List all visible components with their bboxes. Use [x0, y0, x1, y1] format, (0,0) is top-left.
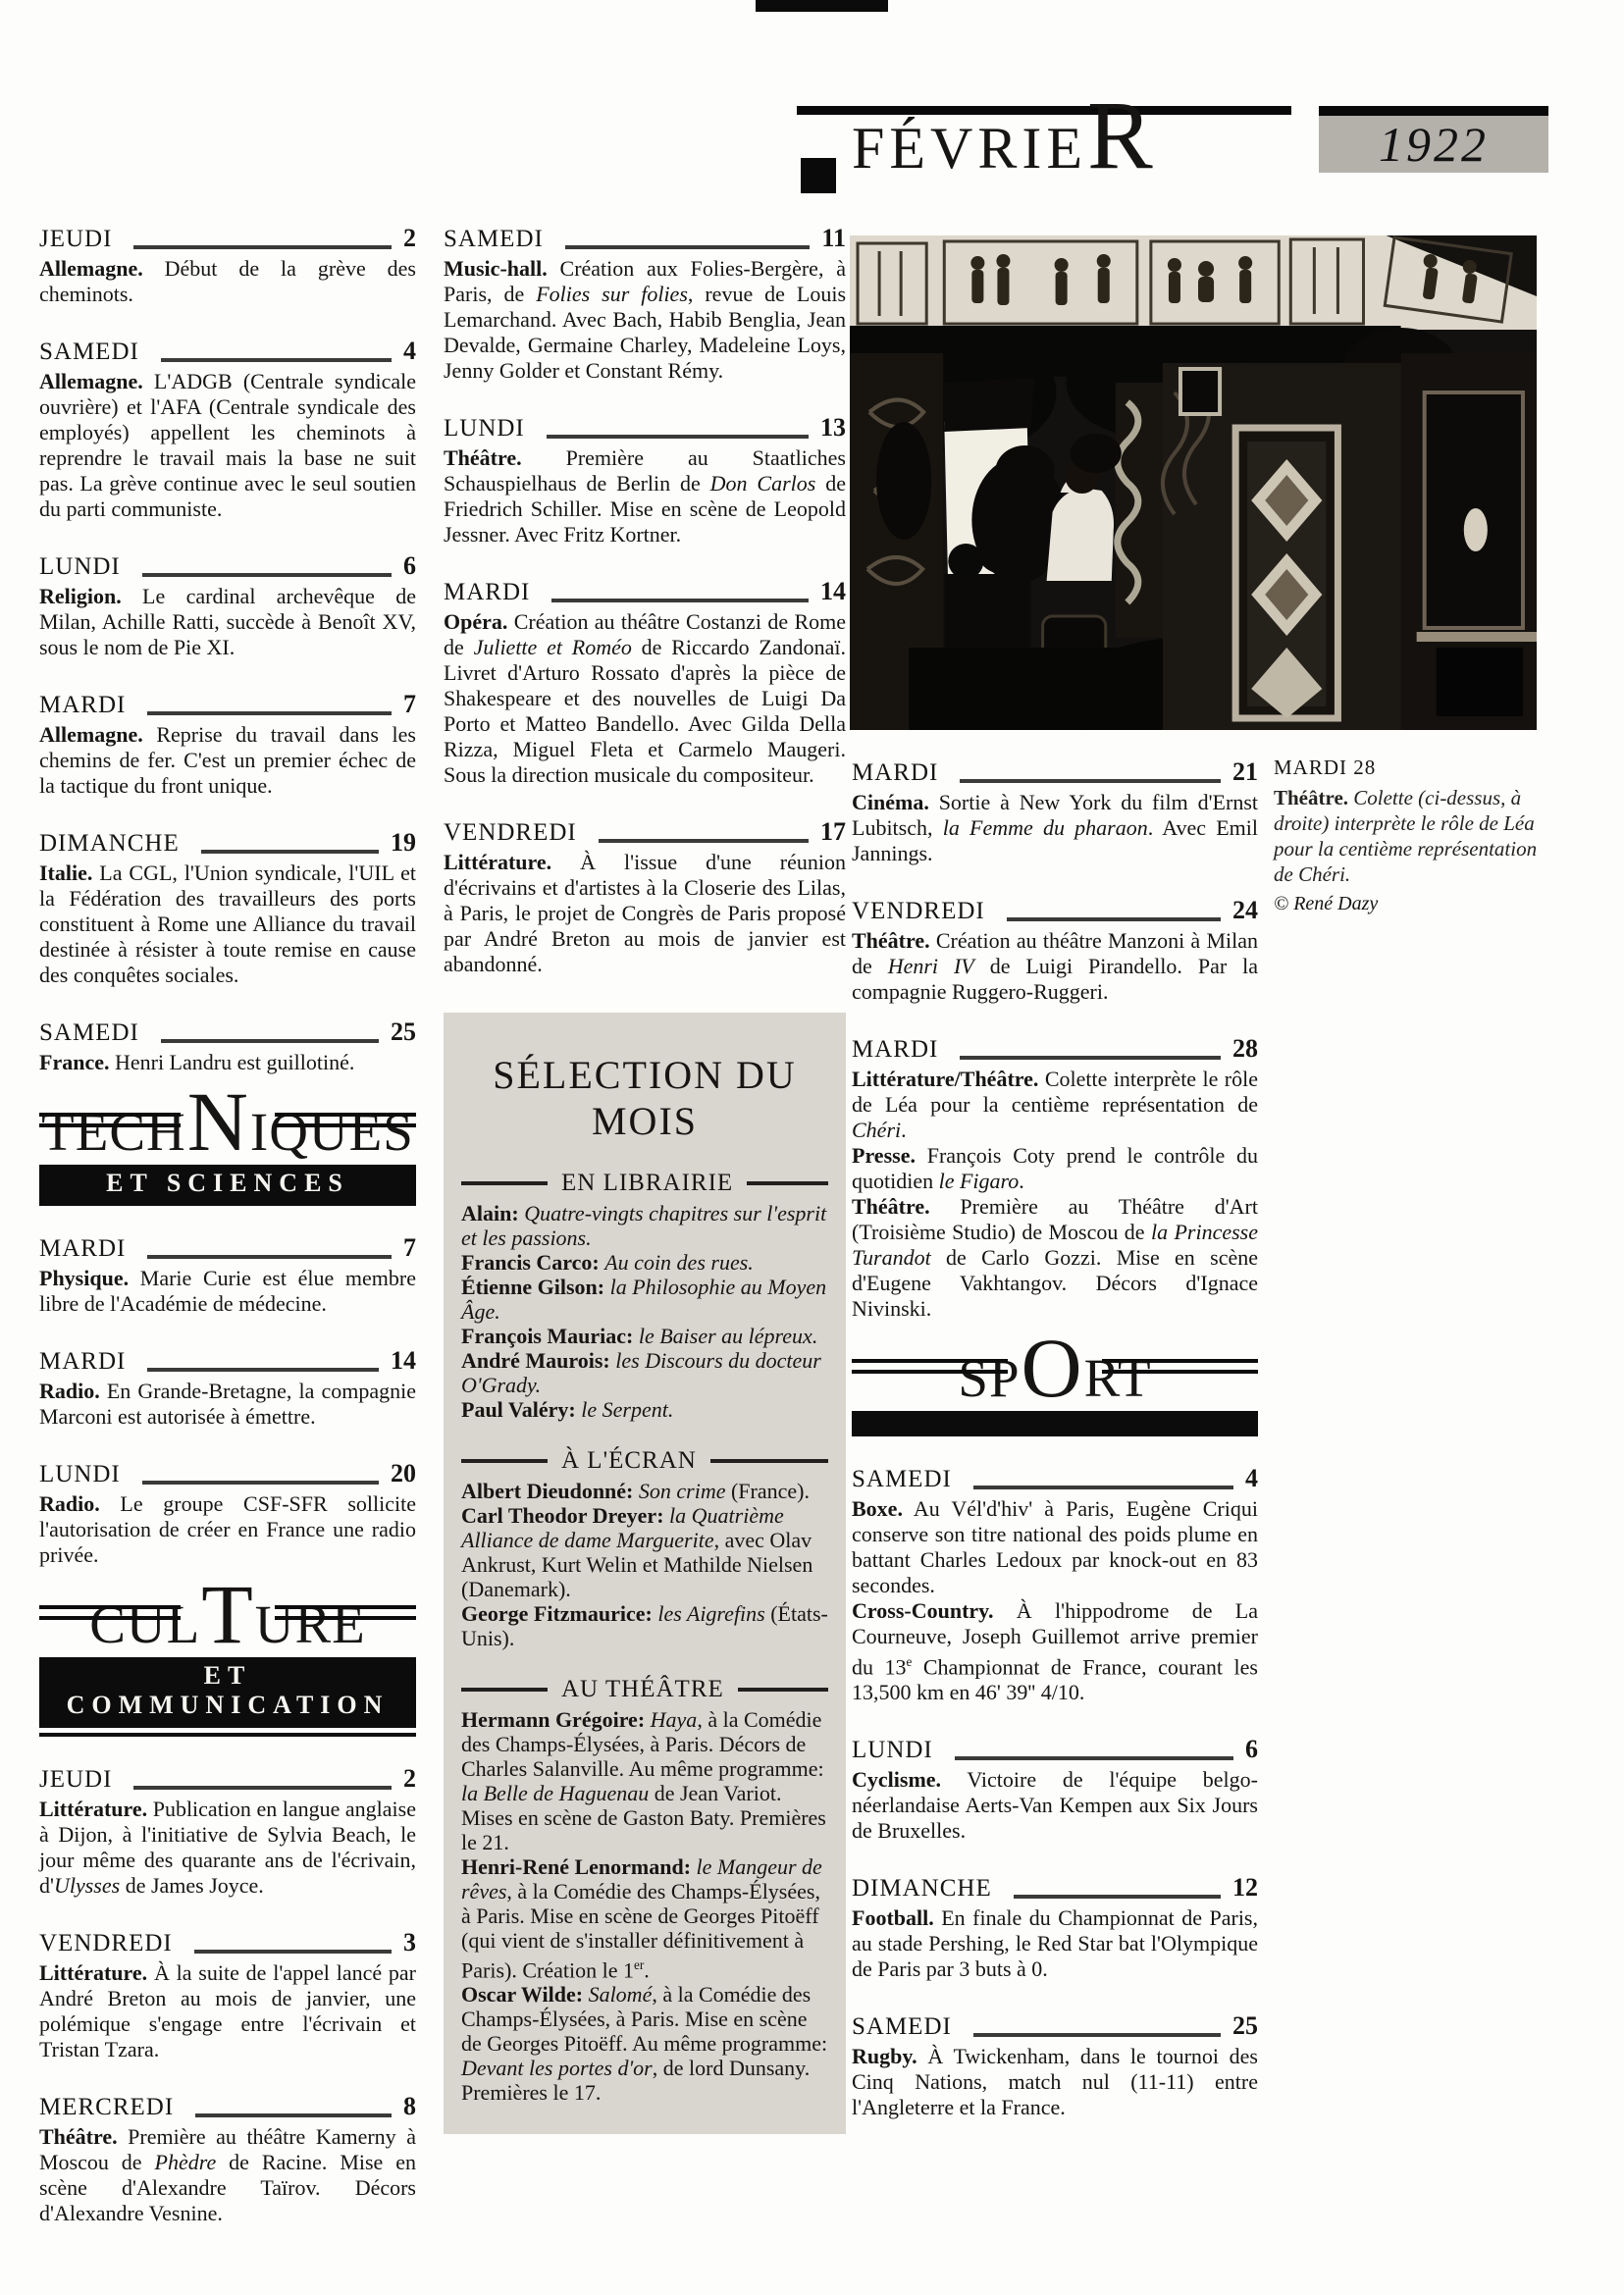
month-banner: FÉVRIE R	[797, 106, 1291, 203]
event-header: DIMANCHE19	[39, 828, 416, 858]
event-header: DIMANCHE12	[852, 1873, 1258, 1903]
event-body: Religion. Le cardinal archevêque de Mila…	[39, 584, 416, 660]
event-day: MARDI	[852, 759, 938, 787]
event-body: Music-hall. Création aux Folies-Bergère,…	[444, 256, 846, 384]
event-body: Physique. Marie Curie est élue membre li…	[39, 1266, 416, 1317]
event-body: Cyclisme. Victoire de l'équipe belgo-née…	[852, 1767, 1258, 1844]
event-entry: MARDI14Radio. En Grande-Bretagne, la com…	[39, 1346, 416, 1430]
section-header-et-communication: CULTUREET COMMUNICATION	[39, 1597, 416, 1737]
event-rule-line	[133, 1786, 392, 1790]
event-body: Théâtre. Création au théâtre Manzoni à M…	[852, 928, 1258, 1005]
event-rule-line	[1014, 1895, 1221, 1899]
event-body: Littérature. À la suite de l'appel lancé…	[39, 1960, 416, 2062]
subsection-rule-right	[747, 1181, 828, 1185]
event-day-number: 3	[403, 1928, 416, 1957]
event-rule-line	[161, 358, 392, 362]
subsection-rule-right	[738, 1688, 828, 1692]
event-entry: LUNDI20Radio. Le groupe CSF-SFR sollicit…	[39, 1459, 416, 1568]
event-header: MARDI14	[444, 577, 846, 606]
caption-credit: © René Dazy	[1274, 893, 1548, 915]
event-header: SAMEDI25	[39, 1017, 416, 1047]
selection-item: George Fitzmaurice: les Aigrefins (États…	[461, 1601, 828, 1650]
event-entry: JEUDI2Littérature. Publication en langue…	[39, 1764, 416, 1899]
subsection-rule-left	[461, 1181, 548, 1185]
event-day-number: 25	[1232, 2011, 1258, 2041]
event-body: Allemagne. Reprise du travail dans les c…	[39, 722, 416, 799]
event-entry: VENDREDI17Littérature. À l'issue d'une r…	[444, 817, 846, 977]
event-day-number: 25	[391, 1017, 416, 1047]
event-entry: MARDI7Physique. Marie Curie est élue mem…	[39, 1233, 416, 1317]
event-body: Italie. La CGL, l'Union syndicale, l'UIL…	[39, 861, 416, 988]
event-header: MERCREDI8	[39, 2092, 416, 2121]
event-rule-line	[565, 245, 811, 249]
section-double-rule-right	[1102, 1359, 1258, 1374]
event-day: JEUDI	[39, 226, 112, 253]
event-body: Théâtre. Première au théâtre Kamerny à M…	[39, 2124, 416, 2226]
event-header: MARDI7	[39, 690, 416, 719]
event-body: Allemagne. Début de la grève des chemino…	[39, 256, 416, 307]
event-body: Littérature. Publication en langue angla…	[39, 1797, 416, 1899]
event-rule-line	[133, 245, 392, 249]
event-entry: DIMANCHE19Italie. La CGL, l'Union syndic…	[39, 828, 416, 988]
event-header: VENDREDI17	[444, 817, 846, 847]
event-day-number: 6	[1245, 1735, 1258, 1764]
event-rule-line	[147, 1255, 392, 1259]
subsection-rule-left	[461, 1688, 548, 1692]
event-body: Cinéma. Sortie à New York du film d'Erns…	[852, 790, 1258, 866]
subsection-label: À L'ÉCRAN	[561, 1447, 697, 1475]
event-rule-line	[973, 2033, 1221, 2037]
subsection-rule-left	[461, 1459, 548, 1463]
square-bullet-icon	[801, 158, 836, 193]
caption-day: MARDI 28	[1274, 756, 1548, 780]
event-header: MARDI21	[852, 757, 1258, 787]
event-body: Radio. En Grande-Bretagne, la compagnie …	[39, 1379, 416, 1430]
event-day-number: 17	[820, 817, 846, 847]
event-entry: LUNDI6Religion. Le cardinal archevêque d…	[39, 551, 416, 660]
photo-caption: MARDI 28 Théâtre. Colette (ci-dessus, à …	[1274, 756, 1548, 915]
event-day-number: 19	[391, 828, 416, 858]
event-entry: MARDI14Opéra. Création au théâtre Costan…	[444, 577, 846, 788]
event-day-number: 12	[1232, 1873, 1258, 1903]
section-subtitle-bar: ET SCIENCES	[39, 1165, 416, 1206]
event-day: LUNDI	[444, 415, 525, 443]
section-double-rule-right	[275, 1113, 416, 1127]
event-rule-line	[147, 711, 392, 715]
section-double-rule-right	[275, 1605, 416, 1620]
event-day: SAMEDI	[444, 226, 544, 253]
section-double-rule-left	[39, 1113, 181, 1127]
event-header: LUNDI6	[852, 1735, 1258, 1764]
event-body: Radio. Le groupe CSF-SFR sollicite l'aut…	[39, 1491, 416, 1568]
event-day: MARDI	[39, 692, 126, 719]
event-entry: MERCREDI8Théâtre. Première au théâtre Ka…	[39, 2092, 416, 2226]
event-day: SAMEDI	[39, 339, 139, 366]
event-header: MARDI28	[852, 1034, 1258, 1064]
event-header: SAMEDI25	[852, 2011, 1258, 2041]
event-entry: SAMEDI25Rugby. À Twickenham, dans le tou…	[852, 2011, 1258, 2120]
year-label: 1922	[1379, 116, 1489, 173]
event-rule-line	[195, 2113, 392, 2117]
event-header: SAMEDI11	[444, 224, 846, 253]
caption-body: Théâtre. Colette (ci-dessus, à droite) i…	[1274, 785, 1548, 887]
subsection-label: EN LIBRAIRIE	[561, 1170, 733, 1197]
event-day-number: 14	[391, 1346, 416, 1376]
event-entry: SAMEDI11Music-hall. Création aux Folies-…	[444, 224, 846, 384]
column-middle: SAMEDI11Music-hall. Création aux Folies-…	[444, 224, 846, 2134]
event-day-number: 7	[403, 690, 416, 719]
selection-title: SÉLECTION DU MOIS	[461, 1052, 828, 1144]
event-day: DIMANCHE	[852, 1875, 992, 1903]
event-rule-line	[1007, 917, 1221, 921]
event-day: MARDI	[444, 579, 530, 606]
event-day: SAMEDI	[852, 2013, 952, 2041]
month-title: FÉVRIE	[852, 119, 1087, 178]
event-body: Rugby. À Twickenham, dans le tournoi des…	[852, 2044, 1258, 2120]
selection-subsection-header: À L'ÉCRAN	[461, 1447, 828, 1475]
magazine-page: FÉVRIE R 1922	[0, 0, 1624, 2295]
event-header: LUNDI6	[39, 551, 416, 581]
event-header: VENDREDI24	[852, 896, 1258, 925]
event-header: MARDI14	[39, 1346, 416, 1376]
event-body: France. Henri Landru est guillotiné.	[39, 1050, 416, 1075]
event-entry: SAMEDI4Boxe. Au Vél'd'hiv' à Paris, Eugè…	[852, 1464, 1258, 1705]
selection-item: Étienne Gilson: la Philosophie au Moyen …	[461, 1275, 828, 1324]
event-rule-line	[960, 779, 1221, 783]
event-body: Boxe. Au Vél'd'hiv' à Paris, Eugène Criq…	[852, 1496, 1258, 1705]
event-rule-line	[201, 850, 379, 854]
event-body: Littérature/Théâtre. Colette interprète …	[852, 1067, 1258, 1322]
selection-item: Oscar Wilde: Salomé, à la Comédie des Ch…	[461, 1982, 828, 2105]
section-underline	[39, 1733, 416, 1737]
selection-item: Albert Dieudonné: Son crime (France).	[461, 1479, 828, 1503]
event-rule-line	[599, 839, 809, 843]
event-rule-line	[547, 435, 809, 439]
masthead: FÉVRIE R 1922	[797, 82, 1548, 190]
event-rule-line	[551, 599, 809, 602]
event-header: JEUDI2	[39, 1764, 416, 1794]
event-day: MARDI	[852, 1036, 938, 1064]
event-day-number: 2	[403, 1764, 416, 1794]
event-body: Théâtre. Première au Staatliches Schausp…	[444, 445, 846, 548]
event-day: VENDREDI	[39, 1930, 173, 1957]
selection-item: Francis Carco: Au coin des rues.	[461, 1250, 828, 1275]
event-rule-line	[142, 573, 392, 577]
selection-item: Carl Theodor Dreyer: la Quatrième Allian…	[461, 1503, 828, 1601]
event-day-number: 11	[821, 224, 846, 253]
selection-item: Henri-René Lenormand: le Mangeur de rêve…	[461, 1854, 828, 1982]
section-double-rule-left	[852, 1359, 1008, 1374]
event-day-number: 4	[403, 337, 416, 366]
event-day-number: 2	[403, 224, 416, 253]
event-entry: JEUDI2Allemagne. Début de la grève des c…	[39, 224, 416, 307]
selection-item: Paul Valéry: le Serpent.	[461, 1397, 828, 1422]
event-rule-line	[161, 1039, 379, 1043]
subsection-label: AU THÉÂTRE	[561, 1676, 724, 1703]
event-header: VENDREDI3	[39, 1928, 416, 1957]
event-body: Allemagne. L'ADGB (Centrale syndicale ou…	[39, 369, 416, 522]
event-rule-line	[147, 1368, 379, 1372]
event-day: LUNDI	[852, 1737, 933, 1764]
event-day-number: 6	[403, 551, 416, 581]
event-rule-line	[194, 1950, 392, 1954]
event-entry: VENDREDI24Théâtre. Création au théâtre M…	[852, 896, 1258, 1005]
event-day: VENDREDI	[444, 819, 577, 847]
event-header: LUNDI13	[444, 413, 846, 443]
event-day: LUNDI	[39, 1461, 121, 1488]
selection-item: François Mauriac: le Baiser au lépreux.	[461, 1324, 828, 1348]
event-day: VENDREDI	[852, 898, 985, 925]
selection-item: Hermann Grégoire: Haya, à la Comédie des…	[461, 1707, 828, 1854]
event-day-number: 24	[1232, 896, 1258, 925]
event-header: SAMEDI4	[852, 1464, 1258, 1493]
event-entry: MARDI7Allemagne. Reprise du travail dans…	[39, 690, 416, 799]
event-rule-line	[973, 1486, 1233, 1489]
event-entry: VENDREDI3Littérature. À la suite de l'ap…	[39, 1928, 416, 2062]
event-entry: LUNDI6Cyclisme. Victoire de l'équipe bel…	[852, 1735, 1258, 1844]
event-rule-line	[142, 1481, 379, 1485]
event-day-number: 7	[403, 1233, 416, 1263]
event-day: MARDI	[39, 1348, 126, 1376]
event-day: DIMANCHE	[39, 830, 180, 858]
page-top-mark	[756, 0, 888, 12]
event-day: SAMEDI	[852, 1466, 952, 1493]
event-day: JEUDI	[39, 1766, 112, 1794]
selection-item: André Maurois: les Discours du docteur O…	[461, 1348, 828, 1397]
event-day-number: 8	[403, 2092, 416, 2121]
section-header-et-sciences: TECHNIQUESET SCIENCES	[39, 1105, 416, 1206]
event-rule-line	[960, 1056, 1221, 1060]
event-body: Football. En finale du Championnat de Pa…	[852, 1905, 1258, 1982]
event-day-number: 13	[820, 413, 846, 443]
event-day-number: 14	[820, 577, 846, 606]
section-header-sport: SPORT	[852, 1351, 1258, 1436]
section-subtitle-bar: ET COMMUNICATION	[39, 1657, 416, 1728]
event-header: LUNDI20	[39, 1459, 416, 1488]
event-rule-line	[955, 1756, 1233, 1760]
section-double-rule-left	[39, 1605, 181, 1620]
subsection-rule-right	[710, 1459, 828, 1463]
event-body: Opéra. Création au théâtre Costanzi de R…	[444, 609, 846, 788]
year-badge: 1922	[1319, 106, 1548, 173]
selection-item: Alain: Quatre-vingts chapitres sur l'esp…	[461, 1201, 828, 1250]
event-day-number: 4	[1245, 1464, 1258, 1493]
event-header: JEUDI2	[39, 224, 416, 253]
event-day-number: 21	[1232, 757, 1258, 787]
selection-subsection-header: AU THÉÂTRE	[461, 1676, 828, 1703]
event-header: SAMEDI4	[39, 337, 416, 366]
column-left: JEUDI2Allemagne. Début de la grève des c…	[39, 224, 416, 2256]
event-day: MERCREDI	[39, 2094, 174, 2121]
event-entry: SAMEDI25France. Henri Landru est guillot…	[39, 1017, 416, 1075]
theatre-scene-art	[850, 235, 1537, 730]
event-entry: DIMANCHE12Football. En finale du Champio…	[852, 1873, 1258, 1982]
event-day-number: 20	[391, 1459, 416, 1488]
selection-subsection-header: EN LIBRAIRIE	[461, 1170, 828, 1197]
column-right: MARDI21Cinéma. Sortie à New York du film…	[852, 757, 1258, 2150]
event-day: LUNDI	[39, 553, 121, 581]
event-header: MARDI7	[39, 1233, 416, 1263]
event-day-number: 28	[1232, 1034, 1258, 1064]
event-entry: LUNDI13Théâtre. Première au Staatliches …	[444, 413, 846, 548]
event-entry: SAMEDI4Allemagne. L'ADGB (Centrale syndi…	[39, 337, 416, 522]
event-entry: MARDI28Littérature/Théâtre. Colette inte…	[852, 1034, 1258, 1322]
theatre-scene-photo	[850, 235, 1537, 730]
selection-box: SÉLECTION DU MOISEN LIBRAIRIEAlain: Quat…	[444, 1013, 846, 2134]
event-day: SAMEDI	[39, 1019, 139, 1047]
event-body: Littérature. À l'issue d'une réunion d'é…	[444, 850, 846, 977]
event-entry: MARDI21Cinéma. Sortie à New York du film…	[852, 757, 1258, 866]
event-day: MARDI	[39, 1235, 126, 1263]
